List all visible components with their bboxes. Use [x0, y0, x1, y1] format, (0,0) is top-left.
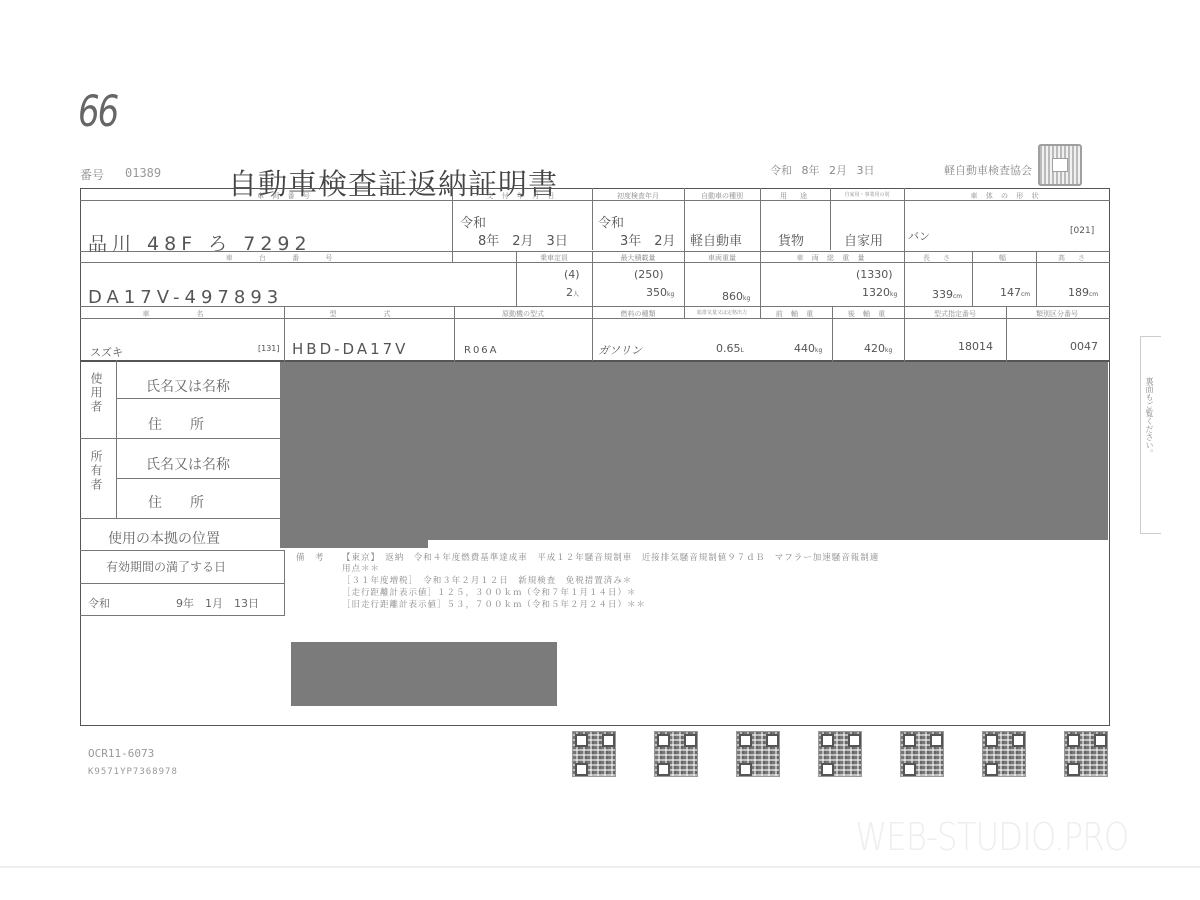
- user-address-label: 住 所: [148, 414, 204, 434]
- displacement-value: 0.65L: [716, 342, 744, 355]
- notes-line-5: ［旧走行距離計表示値］５３，７００ｋｍ（令和５年２月２４日）＊＊: [342, 600, 646, 611]
- header-displacement: 総排気量又は定格出力: [686, 309, 758, 316]
- notes-line-4: ［走行距離計表示値］１２５，３００ｋｍ（令和７年１月１４日）＊: [342, 588, 637, 599]
- header-first-registration: 初度検査年月: [594, 191, 682, 201]
- private-business-value: 自家用: [844, 230, 883, 249]
- header-maker: 車 名: [84, 309, 282, 319]
- side-note-text: 裏面もご覧ください。: [1144, 377, 1155, 457]
- capacity-paren: (4): [564, 268, 580, 281]
- header-vehicle-weight: 車両重量: [686, 253, 758, 263]
- expiry-era: 令和: [88, 595, 110, 611]
- model-value: HBD-DA17V: [292, 340, 408, 358]
- first-registration-value: 3年 2月: [620, 230, 676, 249]
- header-rear-axle: 後 軸 重: [834, 309, 902, 319]
- ocr-code: OCR11-6073: [88, 745, 178, 763]
- header-category-no: 類別区分番号: [1008, 309, 1106, 319]
- max-load-value: 350kg: [646, 286, 674, 299]
- side-note-box: 裏面もご覧ください。: [1140, 336, 1161, 534]
- maker-value: スズキ: [90, 344, 123, 360]
- issue-date-value: 8年 2月 3日: [478, 230, 568, 249]
- barcode-id: K9571YP7368978: [88, 763, 178, 781]
- header-width: 幅: [974, 253, 1034, 263]
- header-height: 高 さ: [1038, 253, 1108, 263]
- owner-name-label: 氏名又は名称: [146, 454, 230, 474]
- width-value: 147cm: [1000, 286, 1030, 299]
- fuel-value: ガソリン: [598, 342, 642, 358]
- issuer-name: 軽自動車検査協会: [944, 162, 1032, 178]
- notes-line-2: 用点＊＊: [342, 564, 380, 575]
- front-axle-value: 440kg: [794, 342, 822, 355]
- qr-code-icon: [572, 731, 616, 777]
- issue-era: 令和: [460, 212, 486, 231]
- base-location-label: 使用の本拠の位置: [108, 528, 220, 548]
- header-registration-no: 車 両 番 号: [120, 191, 450, 201]
- body-shape-code: [021]: [1070, 226, 1094, 236]
- header-max-load: 最大積載量: [594, 253, 682, 263]
- length-value: 339cm: [932, 288, 962, 301]
- redacted-owner-info-tail: [280, 540, 428, 548]
- registration-number: 品川 48F ろ 7292: [88, 229, 312, 256]
- notes-line-1: 【東京】 返納 令和４年度燃費基準達成車 平成１２年騒音規制車 近接排気騒音規制…: [342, 553, 879, 564]
- qr-code-icon: [736, 731, 780, 777]
- vehicle-weight-value: 860kg: [722, 290, 750, 303]
- header-model: 型 式: [288, 309, 452, 319]
- notes-line-3: ［３１年度増税］ 令和３年２月１２日 新規検査 免税措置済み＊: [342, 576, 632, 587]
- redacted-owner-info: [280, 362, 1108, 540]
- watermark: WEB-STUDIO.PRO: [855, 815, 1128, 859]
- header-body-shape: 車 体 の 形 状: [906, 191, 1106, 201]
- official-seal-icon: [1038, 144, 1082, 186]
- chassis-number: DA17V-497893: [88, 287, 283, 308]
- serial-label: 番号: [80, 166, 104, 183]
- body-shape-value: バン: [908, 228, 930, 244]
- capacity-value: 2人: [566, 286, 579, 299]
- qr-code-icon: [900, 731, 944, 777]
- header-front-axle: 前 軸 重: [762, 309, 830, 319]
- handwritten-page-number: 66: [78, 87, 117, 137]
- qr-code-icon: [1064, 731, 1108, 777]
- header-engine: 原動機の型式: [456, 309, 590, 319]
- owner-address-label: 住 所: [148, 492, 204, 512]
- first-registration-era: 令和: [598, 212, 624, 231]
- category-no-value: 0047: [1070, 340, 1098, 353]
- header-vehicle-type: 自動車の種別: [686, 191, 758, 201]
- expiry-label: 有効期間の満了する日: [106, 558, 226, 575]
- header-capacity: 乗車定員: [518, 253, 590, 263]
- user-label: 使用者: [88, 372, 105, 414]
- header-gross-weight: 車 両 総 重 量: [762, 253, 902, 263]
- notes-label: 備 考: [296, 553, 325, 564]
- ocr-codes: OCR11-6073 K9571YP7368978: [88, 745, 178, 781]
- header-issue-date: 交 付 年 月 日: [454, 191, 590, 201]
- header-type-designation: 型式指定番号: [906, 309, 1004, 319]
- qr-code-icon: [818, 731, 862, 777]
- gross-weight-paren: (1330): [856, 268, 893, 281]
- qr-code-icon: [982, 731, 1026, 777]
- owner-label: 所有者: [88, 450, 105, 492]
- height-value: 189cm: [1068, 286, 1098, 299]
- rear-axle-value: 420kg: [864, 342, 892, 355]
- vehicle-type-value: 軽自動車: [690, 230, 742, 249]
- issue-date: 令和 8年 2月 3日: [770, 162, 875, 178]
- header-usage: 用 途: [762, 191, 828, 201]
- header-private-business: 自家用・事業用の別: [832, 191, 902, 198]
- type-designation-value: 18014: [958, 340, 993, 353]
- engine-value: R06A: [464, 345, 499, 356]
- expiry-date: 9年 1月 13日: [176, 595, 259, 611]
- serial-number: 01389: [125, 166, 161, 180]
- page-edge: [0, 866, 1200, 868]
- maker-code: [131]: [258, 344, 280, 353]
- redacted-note-block: [291, 642, 557, 706]
- qr-code-icon: [654, 731, 698, 777]
- max-load-paren: (250): [634, 268, 664, 281]
- user-name-label: 氏名又は名称: [146, 376, 230, 396]
- header-length: 長 さ: [906, 253, 970, 263]
- header-fuel: 燃料の種類: [594, 309, 682, 319]
- gross-weight-value: 1320kg: [862, 286, 897, 299]
- header-chassis-no: 車 台 番 号: [120, 253, 450, 263]
- usage-value: 貨物: [778, 230, 804, 249]
